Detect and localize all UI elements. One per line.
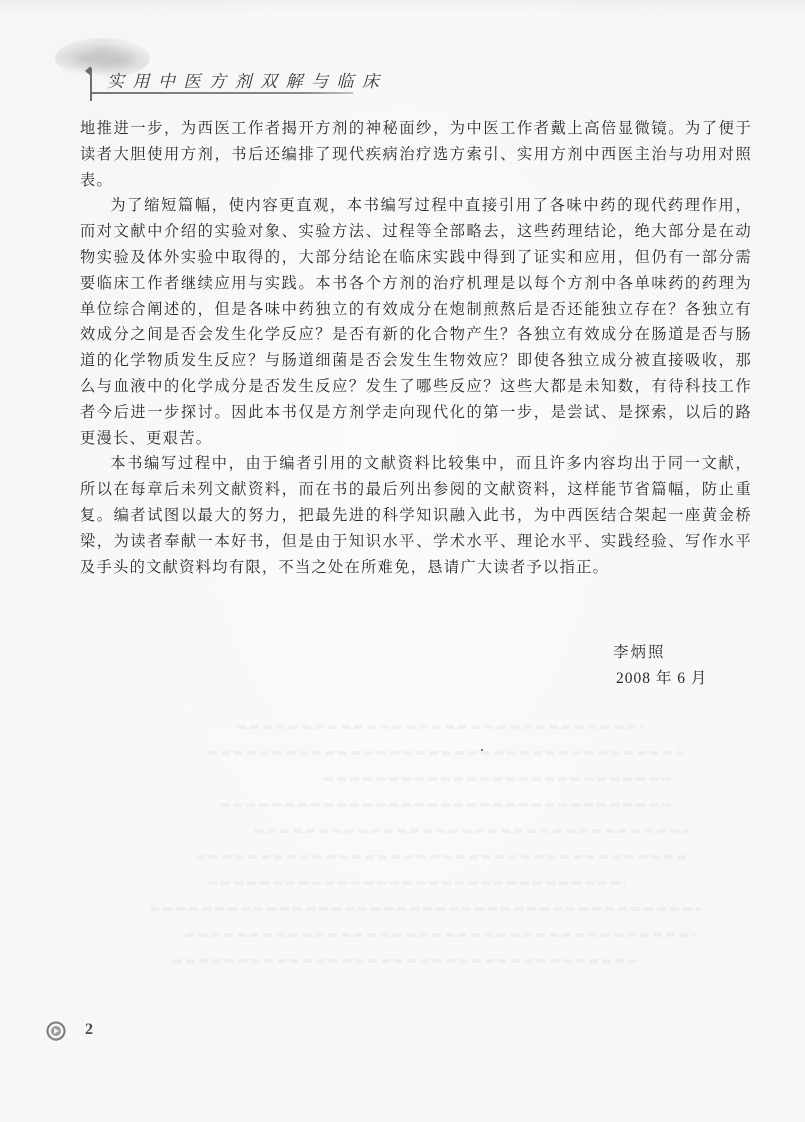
chapter-ornament-icon xyxy=(45,1020,67,1042)
author-name: 李炳照 xyxy=(613,640,666,662)
scan-speck xyxy=(481,749,483,751)
page-number: 2 xyxy=(85,1021,93,1039)
running-header: 实用中医方剂双解与临床 xyxy=(55,30,375,105)
book-title: 实用中医方剂双解与临床 xyxy=(107,67,388,92)
bleed-through-text xyxy=(150,725,730,995)
paragraph-continuation: 地推进一步，为西医工作者揭开方剂的神秘面纱，为中医工作者戴上高倍显微镜。为了便于… xyxy=(80,116,752,193)
preface-body: 地推进一步，为西医工作者揭开方剂的神秘面纱，为中医工作者戴上高倍显微镜。为了便于… xyxy=(80,116,752,580)
signature-date: 2008 年 6 月 xyxy=(616,666,707,688)
paragraph-pharmacology-note: 为了缩短篇幅，使内容更直观，本书编写过程中直接引用了各味中药的现代药理作用，而对… xyxy=(80,193,752,451)
header-underline xyxy=(91,92,353,94)
header-vertical-rule xyxy=(90,68,92,101)
paragraph-references-note: 本书编写过程中，由于编者引用的文献资料比较集中，而且许多内容均出于同一文献，所以… xyxy=(80,451,752,580)
